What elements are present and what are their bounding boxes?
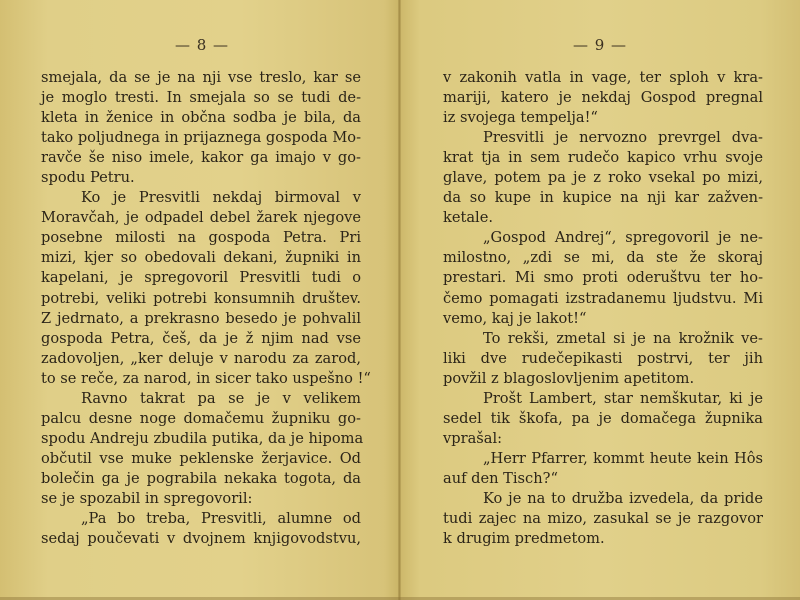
- left-page: — 8 — smejala, da se je na nji vse tresl…: [0, 0, 400, 600]
- text-line: Ko je Presvitli nekdaj birmoval v: [41, 188, 361, 208]
- book-spread: — 8 — smejala, da se je na nji vse tresl…: [0, 0, 800, 600]
- text-line: tako poljudnega in prijaznega gospoda Mo…: [41, 128, 361, 148]
- text-line: je moglo tresti. In smejala so se tudi d…: [41, 88, 361, 108]
- text-line: Prošt Lambert, star nemškutar, ki je: [443, 389, 763, 409]
- right-page: — 9 — v zakonih vatla in vage, ter sploh…: [400, 0, 800, 600]
- text-line: auf den Tisch?“: [443, 469, 763, 489]
- text-line: „Pa bo treba, Presvitli, alumne od: [41, 509, 361, 529]
- text-line: To rekši, zmetal si je na krožnik ve-: [443, 329, 763, 349]
- text-line: Ko je na to družba izvedela, da pride: [443, 489, 763, 509]
- text-line: spodu Petru.: [41, 168, 361, 188]
- text-line: iz svojega tempelja!“: [443, 108, 763, 128]
- text-line: zadovoljen, „ker deluje v narodu za zaro…: [41, 349, 361, 369]
- text-line: sedaj poučevati v dvojnem knjigovodstvu,: [41, 529, 361, 549]
- text-line: posebne milosti na gospoda Petra. Pri: [41, 228, 361, 248]
- text-line: povžil z blagoslovljenim apetitom.: [443, 369, 763, 389]
- text-line: to se reče, za narod, in sicer tako uspe…: [41, 369, 361, 389]
- text-line: ketale.: [443, 208, 763, 228]
- text-line: kleta in ženice in občna sodba je bila, …: [41, 108, 361, 128]
- text-line: vprašal:: [443, 429, 763, 449]
- page-number-right: — 9 —: [400, 36, 800, 54]
- text-line: „Herr Pfarrer, kommt heute kein Hôs: [443, 449, 763, 469]
- text-line: Moravčah, je odpadel debel žarek njegove: [41, 208, 361, 228]
- text-line: ravče še niso imele, kakor ga imajo v go…: [41, 148, 361, 168]
- text-line: palcu desne noge domačemu župniku go-: [41, 409, 361, 429]
- text-line: čemo pomagati izstradanemu ljudstvu. Mi: [443, 289, 763, 309]
- text-line: vemo, kaj je lakot!“: [443, 309, 763, 329]
- text-line: k drugim predmetom.: [443, 529, 763, 549]
- text-line: potrebi, veliki potrebi konsumnih društe…: [41, 289, 361, 309]
- text-line: glave, potem pa je z roko vsekal po mizi…: [443, 168, 763, 188]
- text-line: Presvitli je nervozno prevrgel dva-: [443, 128, 763, 148]
- page-number-left: — 8 —: [0, 36, 400, 54]
- text-line: krat tja in sem rudečo kapico vrhu svoje: [443, 148, 763, 168]
- text-line: spodu Andreju zbudila putika, da je hipo…: [41, 429, 361, 449]
- text-line: občutil vse muke peklenske žerjavice. Od: [41, 449, 361, 469]
- text-line: v zakonih vatla in vage, ter sploh v kra…: [443, 68, 763, 88]
- right-page-text: v zakonih vatla in vage, ter sploh v kra…: [443, 68, 763, 549]
- text-line: milostno, „zdi se mi, da ste že skoraj: [443, 248, 763, 268]
- text-line: smejala, da se je na nji vse treslo, kar…: [41, 68, 361, 88]
- text-line: gospoda Petra, češ, da je ž njim nad vse: [41, 329, 361, 349]
- text-line: „Gospod Andrej“, spregovoril je ne-: [443, 228, 763, 248]
- text-line: sedel tik škofa, pa je domačega župnika: [443, 409, 763, 429]
- left-page-text: smejala, da se je na nji vse treslo, kar…: [41, 68, 361, 549]
- text-line: bolečin ga je pograbila nekaka togota, d…: [41, 469, 361, 489]
- text-line: tudi zajec na mizo, zasukal se je razgov…: [443, 509, 763, 529]
- text-line: Ravno takrat pa se je v velikem: [41, 389, 361, 409]
- text-line: liki dve rudečepikasti postrvi, ter jih: [443, 349, 763, 369]
- text-line: Z jedrnato, a prekrasno besedo je pohval…: [41, 309, 361, 329]
- text-line: kapelani, je spregovoril Presvitli tudi …: [41, 268, 361, 288]
- text-line: mizi, kjer so obedovali dekani, župniki …: [41, 248, 361, 268]
- text-line: da so kupe in kupice na nji kar zažven-: [443, 188, 763, 208]
- text-line: mariji, katero je nekdaj Gospod pregnal: [443, 88, 763, 108]
- text-line: prestari. Mi smo proti oderuštvu ter ho-: [443, 268, 763, 288]
- text-line: se je spozabil in spregovoril:: [41, 489, 361, 509]
